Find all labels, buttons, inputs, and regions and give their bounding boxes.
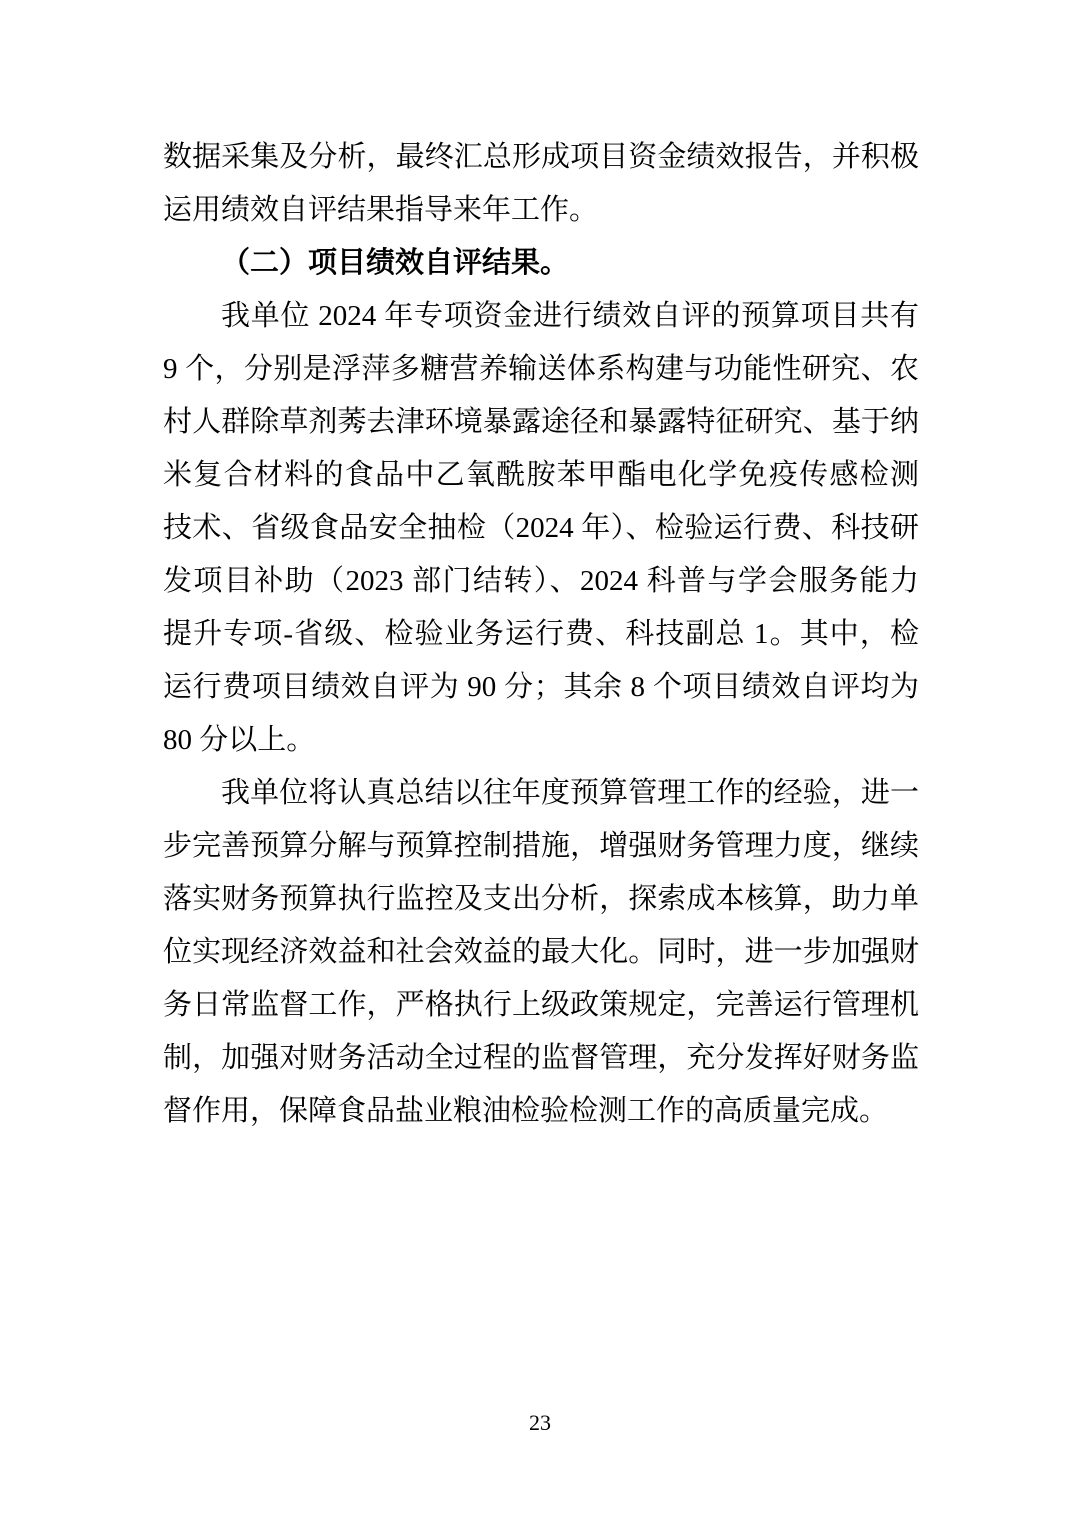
paragraph-continuation: 数据采集及分析，最终汇总形成项目资金绩效报告，并积极 运用绩效自评结果指导来年工… — [163, 131, 919, 237]
paragraph-self-evaluation-results: 我单位 2024 年专项资金进行绩效自评的预算项目共有 9 个，分别是浮萍多糖营… — [163, 290, 919, 767]
document-text-block: 数据采集及分析，最终汇总形成项目资金绩效报告，并积极 运用绩效自评结果指导来年工… — [163, 131, 919, 1138]
body-line: 提升专项-省级、检验业务运行费、科技副总 1。其中，检验 — [163, 608, 919, 661]
body-line: 村人群除草剂莠去津环境暴露途径和暴露特征研究、基于纳 — [163, 396, 919, 449]
paragraph-future-plan: 我单位将认真总结以往年度预算管理工作的经验，进一 步完善预算分解与预算控制措施，… — [163, 767, 919, 1138]
body-line: 务日常监督工作，严格执行上级政策规定，完善运行管理机 — [163, 979, 919, 1032]
body-line: 技术、省级食品安全抽检（2024 年）、检验运行费、科技研 — [163, 502, 919, 555]
body-line: 我单位将认真总结以往年度预算管理工作的经验，进一 — [163, 767, 919, 820]
body-line: 运用绩效自评结果指导来年工作。 — [163, 184, 919, 237]
body-line: 位实现经济效益和社会效益的最大化。同时，进一步加强财 — [163, 926, 919, 979]
page-number: 23 — [529, 1410, 551, 1435]
page-footer: 23 — [0, 1408, 1080, 1438]
section-heading: （二）项目绩效自评结果。 — [163, 237, 919, 290]
body-line: 9 个，分别是浮萍多糖营养输送体系构建与功能性研究、农 — [163, 343, 919, 396]
body-line: 80 分以上。 — [163, 714, 919, 767]
body-line: 米复合材料的食品中乙氧酰胺苯甲酯电化学免疫传感检测 — [163, 449, 919, 502]
body-line: 运行费项目绩效自评为 90 分；其余 8 个项目绩效自评均为 — [163, 661, 919, 714]
document-page: 数据采集及分析，最终汇总形成项目资金绩效报告，并积极 运用绩效自评结果指导来年工… — [0, 0, 1080, 1527]
body-line: 我单位 2024 年专项资金进行绩效自评的预算项目共有 — [163, 290, 919, 343]
body-line: 发项目补助（2023 部门结转）、2024 科普与学会服务能力 — [163, 555, 919, 608]
body-line: 督作用，保障食品盐业粮油检验检测工作的高质量完成。 — [163, 1085, 919, 1138]
body-line: 数据采集及分析，最终汇总形成项目资金绩效报告，并积极 — [163, 131, 919, 184]
body-line: 制，加强对财务活动全过程的监督管理，充分发挥好财务监 — [163, 1032, 919, 1085]
body-line: 落实财务预算执行监控及支出分析，探索成本核算，助力单 — [163, 873, 919, 926]
body-line: 步完善预算分解与预算控制措施，增强财务管理力度，继续 — [163, 820, 919, 873]
